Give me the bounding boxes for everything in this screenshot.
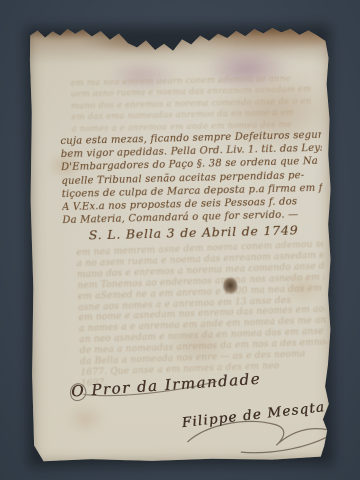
ink-blot: [223, 278, 237, 295]
faded-bleedthrough-text-middle: em nea memrem asne dem noema conem ademo…: [76, 240, 328, 390]
faded-bleedthrough-text-top: em ma nea emrem uearn conem ademou se an…: [70, 73, 316, 135]
foxing-spot: [67, 405, 103, 433]
photo-stage: em ma nea emrem uearn conem ademou se an…: [0, 0, 360, 480]
manuscript-paper: em ma nea emrem uearn conem ademou se an…: [28, 23, 332, 463]
manuscript-paragraph: cuja esta mezas, ficando sempre Defeitur…: [60, 129, 324, 243]
